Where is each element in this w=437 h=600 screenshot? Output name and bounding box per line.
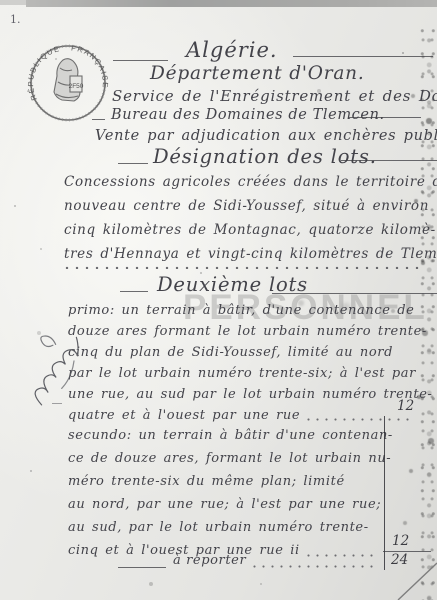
secundo-amount: 12 [392,533,409,549]
designation-paragraph: Concessions agricoles créées dans le ter… [64,170,437,266]
scanner-top-band-left [0,0,26,5]
deuxieme-dash-left [120,291,148,292]
designation-heading: Désignation des lots. [153,145,377,168]
primo-line: par le lot urbain numéro trente-six; à l… [68,363,418,384]
designation-line: tres d'Hennaya et vingt-cinq kilomètres … [64,242,437,266]
stamp-seated-figure-icon [54,59,82,101]
secundo-line: secundo: un terrain à bâtir d'une conten… [68,424,382,447]
designation-rule-right [341,160,437,161]
secundo-paragraph: secundo: un terrain à bâtir d'une conten… [68,424,382,562]
dotted-separator [62,265,422,269]
stamp-value: 2F50 [69,83,84,90]
reporter-label: à reporter [173,553,246,568]
designation-line: nouveau centre de Sidi-Youssef, situé à … [64,194,437,218]
designation-line: Concessions agricoles créées dans le ter… [64,170,437,194]
secundo-line: ce de douze ares, formant le lot urbain … [68,447,382,470]
secundo-line: au sud, par le lot urbain numéro trente- [68,516,382,539]
page-fold-line [390,555,437,600]
sale-type-line: Vente par adjudication aux enchères publ… [95,128,437,144]
reporter-dash-left [118,567,166,568]
margin-signature [8,293,103,438]
title-rule-left [113,60,168,61]
scanned-document-page: 1. RÉPUBLIQUE FRANÇAISE 2F50 Algérie. Dé… [0,0,437,600]
primo-last-line: quatre et à l'ouest par une rue [68,405,418,426]
primo-amount: 12 [397,398,414,414]
document-title: Algérie. [186,38,278,62]
bureau-rule-right [349,117,421,118]
fiscal-stamp-seal: RÉPUBLIQUE FRANÇAISE 2F50 [27,42,109,124]
title-rule-right [293,56,433,57]
bureau-line: Bureau des Domaines de Tlemcen. [111,107,385,123]
dot-leader [250,553,377,573]
primo-line: primo: un terrain à bâtir, d'une contena… [68,300,418,321]
primo-line: cinq du plan de Sidi-Youssef, limité au … [68,342,418,363]
amounts-column-rule [384,416,385,570]
secundo-line: au nord, par une rue; à l'est par une ru… [68,493,382,516]
primo-paragraph: primo: un terrain à bâtir, d'une contena… [68,300,418,426]
primo-line: une rue, au sud par le lot urbain numéro… [68,384,418,405]
designation-line: cinq kilomètres de Montagnac, quatorze k… [64,218,437,242]
paper-specks [0,0,2,2]
primo-line: douze ares formant le lot urbain numéro … [68,321,418,342]
designation-dash-left [118,163,148,164]
corner-mark: 1. [10,13,21,26]
bureau-dash-left [92,119,105,120]
service-line: Service de l'Enrégistrement et des Domai… [112,87,437,105]
secundo-line: méro trente-six du même plan; limité [68,470,382,493]
department-line: Département d'Oran. [150,63,365,84]
scanner-top-band [26,0,437,7]
reporter-line: à reporter [173,553,381,573]
